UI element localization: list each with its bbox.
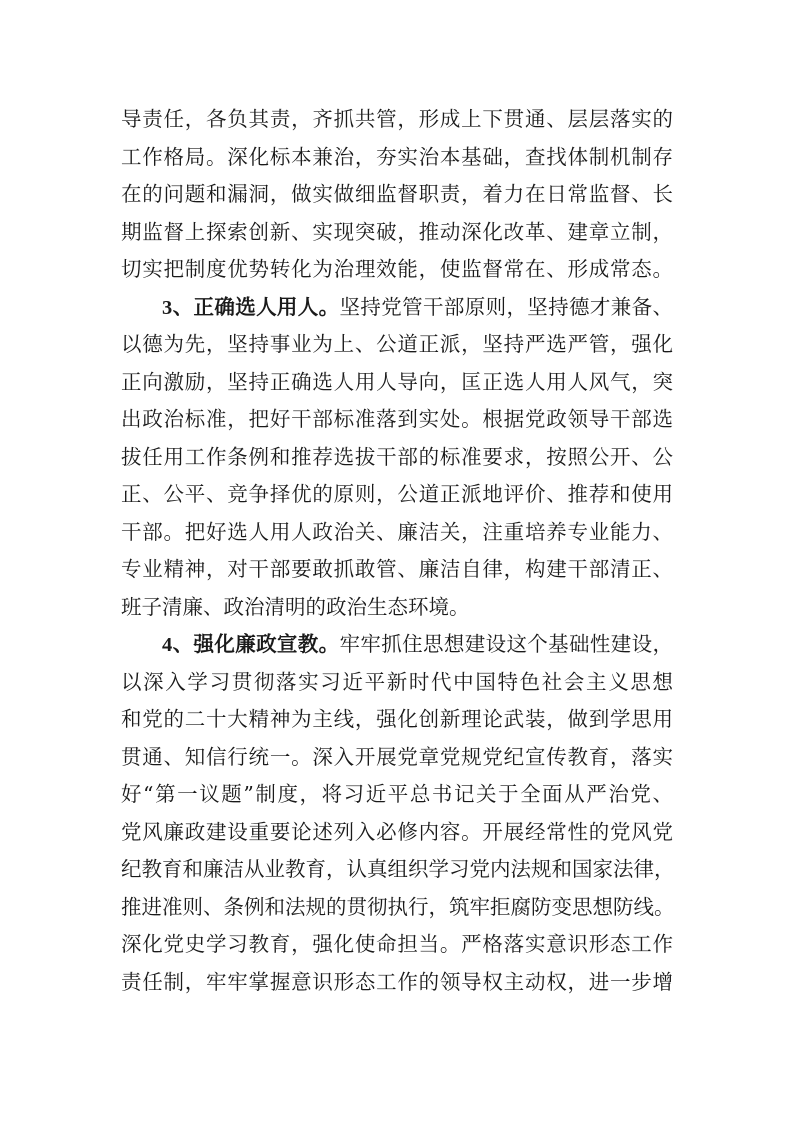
text-line: 出政治标准，把好干部标准落到实处。根据党政领导干部选 [121,401,673,439]
text-line: 纪教育和廉洁从业教育，认真组织学习党内法规和国家法律， [121,851,673,889]
first-line: 3、正确选人用人。坚持党管干部原则，坚持德才兼备、 [121,289,673,327]
paragraph-continued: 导责任，各负其责，齐抓共管，形成上下贯通、层层落实的 工作格局。深化标本兼治，夯… [121,101,681,289]
paragraph-3-select-personnel: 3、正确选人用人。坚持党管干部原则，坚持德才兼备、 以德为先，坚持事业为上、公道… [121,289,681,627]
text-line: 在的问题和漏洞，做实做细监督职责，着力在日常监督、长 [121,176,673,214]
text-line: 正、公平、竞争择优的原则，公道正派地评价、推荐和使用 [121,476,673,514]
first-line: 4、强化廉政宣教。牢牢抓住思想建设这个基础性建设， [121,626,673,664]
text-line: 和党的二十大精神为主线，强化创新理论武装，做到学思用 [121,701,673,739]
text-line: 深化党史学习教育，强化使命担当。严格落实意识形态工作 [121,926,673,964]
section-heading: 4、强化廉政宣教。 [162,634,340,656]
text-line: 拔任用工作条例和推荐选拔干部的标准要求，按照公开、公 [121,439,673,477]
text-line: 以深入学习贯彻落实习近平新时代中国特色社会主义思想 [121,664,673,702]
section-heading: 3、正确选人用人。 [162,297,340,319]
text-line: 贯通、知信行统一。深入开展党章党规党纪宣传教育，落实 [121,739,673,777]
text-line: 工作格局。深化标本兼治，夯实治本基础，查找体制机制存 [121,139,673,177]
text-line: 干部。把好选人用人政治关、廉洁关，注重培养专业能力、 [121,514,673,552]
text-line: 党风廉政建设重要论述列入必修内容。开展经常性的党风党 [121,814,673,852]
paragraph-4-integrity-education: 4、强化廉政宣教。牢牢抓住思想建设这个基础性建设， 以深入学习贯彻落实习近平新时… [121,626,681,1001]
text-line: 推进准则、条例和法规的贯彻执行，筑牢拒腐防变思想防线。 [121,889,673,927]
document-page: 导责任，各负其责，齐抓共管，形成上下贯通、层层落实的 工作格局。深化标本兼治，夯… [121,101,681,1001]
text-line: 正向激励，坚持正确选人用人导向，匡正选人用人风气，突 [121,364,673,402]
text-line: 责任制，牢牢掌握意识形态工作的领导权主动权，进一步增 [121,964,673,1002]
text-line: 以德为先，坚持事业为上、公道正派，坚持严选严管，强化 [121,326,673,364]
text-line: 专业精神，对干部要敢抓敢管、廉洁自律，构建干部清正、 [121,551,673,589]
text-line: 导责任，各负其责，齐抓共管，形成上下贯通、层层落实的 [121,101,673,139]
text-line: 期监督上探索创新、实现突破，推动深化改革、建章立制， [121,214,673,252]
first-line-text: 坚持党管干部原则，坚持德才兼备、 [340,295,673,319]
text-line: 班子清廉、政治清明的政治生态环境。 [121,589,673,627]
text-line: 好“第一议题”制度，将习近平总书记关于全面从严治党、 [121,776,673,814]
text-line: 切实把制度优势转化为治理效能，使监督常在、形成常态。 [121,251,673,289]
first-line-text: 牢牢抓住思想建设这个基础性建设， [340,632,673,656]
